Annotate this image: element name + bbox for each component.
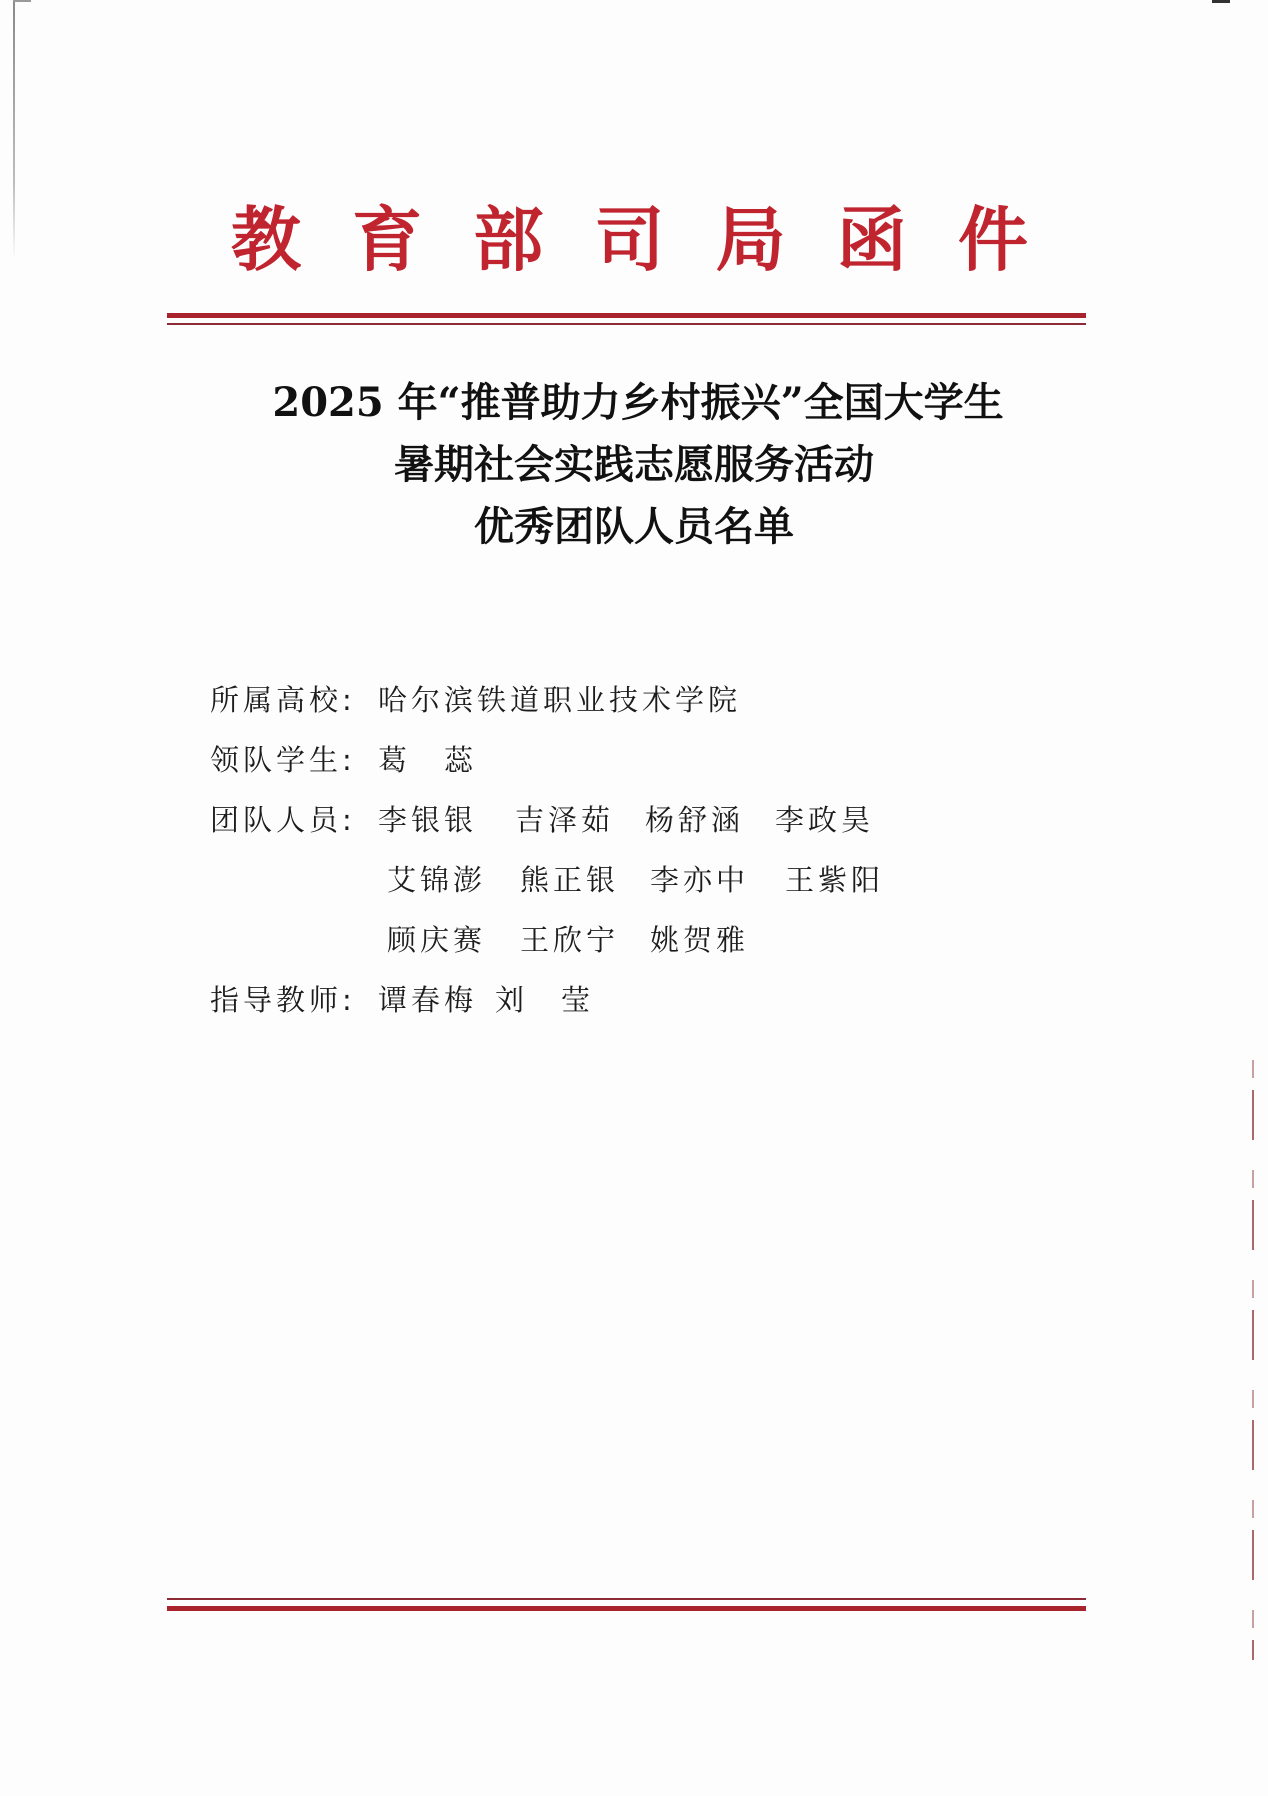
title-line-3: 优秀团队人员名单	[0, 496, 1268, 558]
letterhead-char: 司	[594, 205, 664, 275]
document-title: 2025 年“推普助力乡村振兴”全国大学生 暑期社会实践志愿服务活动 优秀团队人…	[0, 372, 1268, 558]
leader-value: 葛 蕊	[378, 740, 477, 780]
letterhead-char: 件	[958, 205, 1028, 275]
member-name: 艾锦澎	[387, 860, 486, 900]
leader-label: 领队学生:	[210, 740, 356, 780]
footer-rule-thin	[167, 1598, 1086, 1600]
member-name: 李银银	[378, 800, 477, 840]
letterhead-char: 教	[231, 205, 301, 275]
letterhead-title: 教 育 部 司 局 函 件	[167, 195, 1086, 285]
letterhead-char: 育	[352, 205, 422, 275]
scan-corner-mark-right	[1212, 0, 1230, 3]
header-rule-thick	[167, 313, 1086, 318]
member-name: 王欣宁	[520, 920, 619, 960]
school-label: 所属高校:	[210, 680, 356, 720]
advisor-name: 谭春梅	[378, 980, 477, 1020]
advisors-label: 指导教师:	[210, 980, 356, 1020]
member-name: 顾庆赛	[387, 920, 486, 960]
member-name: 姚贺雅	[650, 920, 749, 960]
header-rule-thin	[167, 323, 1086, 325]
footer-rule-thick	[167, 1606, 1086, 1611]
member-name: 王紫阳	[785, 860, 884, 900]
member-name: 吉泽茹	[515, 800, 614, 840]
team-label: 团队人员:	[210, 800, 356, 840]
letterhead-char: 部	[473, 205, 543, 275]
member-name: 李政昊	[775, 800, 874, 840]
member-name: 李亦中	[650, 860, 749, 900]
title-line-2: 暑期社会实践志愿服务活动	[0, 434, 1268, 496]
member-name: 杨舒涵	[645, 800, 744, 840]
member-name: 熊正银	[520, 860, 619, 900]
title-line-1: 2025 年“推普助力乡村振兴”全国大学生	[0, 372, 1268, 434]
advisor-name: 刘 莹	[495, 980, 594, 1020]
scan-edge-right	[1252, 1060, 1254, 1660]
letterhead-char: 函	[837, 205, 907, 275]
scan-corner-mark	[13, 0, 31, 2]
document-page: 教 育 部 司 局 函 件 2025 年“推普助力乡村振兴”全国大学生 暑期社会…	[0, 0, 1268, 1796]
school-value: 哈尔滨铁道职业技术学院	[378, 680, 741, 720]
scan-edge-left	[13, 0, 15, 260]
letterhead-char: 局	[716, 205, 786, 275]
